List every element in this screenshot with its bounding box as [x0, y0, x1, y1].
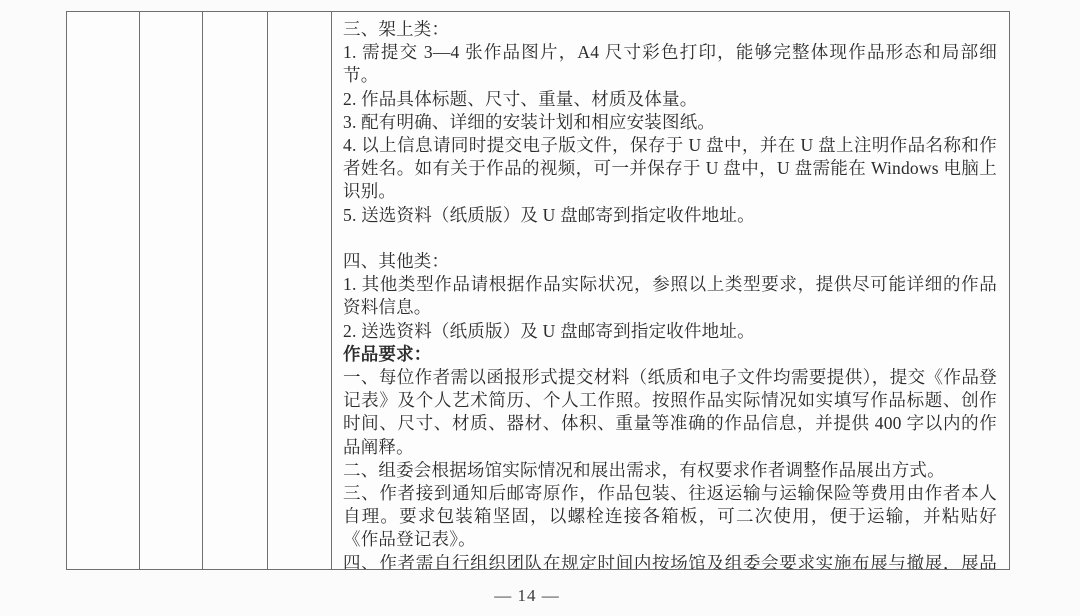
section-item: 四、作者需自行组织团队在规定时间内按场馆及组委会要求实施布展与撤展，展品状态应与… — [343, 552, 997, 569]
section-item: 三、作者接到通知后邮寄原作，作品包装、往返运输与运输保险等费用由作者本人自理。要… — [343, 482, 997, 552]
content-cell: 三、架上类： 1. 需提交 3—4 张作品图片，A4 尺寸彩色打印，能够完整体现… — [332, 12, 1009, 569]
empty-cell-2 — [140, 12, 203, 569]
empty-cell-3 — [203, 12, 268, 569]
section-item: 2. 送选资料（纸质版）及 U 盘邮寄到指定收件地址。 — [343, 320, 997, 343]
section-item: 3. 配有明确、详细的安装计划和相应安装图纸。 — [343, 111, 997, 134]
section-item: 1. 其他类型作品请根据作品实际状况，参照以上类型要求，提供尽可能详细的作品资料… — [343, 273, 997, 319]
empty-cell-1 — [67, 12, 140, 569]
section-heading-shangjia: 三、架上类： — [343, 18, 997, 41]
section-item: 二、组委会根据场馆实际情况和展出需求，有权要求作者调整作品展出方式。 — [343, 459, 997, 482]
section-heading-qita: 四、其他类： — [343, 250, 997, 273]
document-table: 三、架上类： 1. 需提交 3—4 张作品图片，A4 尺寸彩色打印，能够完整体现… — [66, 11, 1010, 570]
section-heading-zuopin-yaoqiu: 作品要求： — [343, 343, 997, 366]
empty-cell-4 — [268, 12, 332, 569]
blank-line — [343, 227, 997, 250]
section-item: 2. 作品具体标题、尺寸、重量、材质及体量。 — [343, 88, 997, 111]
page-number: — 14 — — [0, 586, 1054, 606]
section-item: 5. 送选资料（纸质版）及 U 盘邮寄到指定收件地址。 — [343, 204, 997, 227]
section-item: 4. 以上信息请同时提交电子版文件，保存于 U 盘中，并在 U 盘上注明作品名称… — [343, 134, 997, 204]
section-item: 1. 需提交 3—4 张作品图片，A4 尺寸彩色打印，能够完整体现作品形态和局部… — [343, 41, 997, 87]
section-item: 一、每位作者需以函报形式提交材料（纸质和电子文件均需要提供），提交《作品登记表》… — [343, 366, 997, 459]
